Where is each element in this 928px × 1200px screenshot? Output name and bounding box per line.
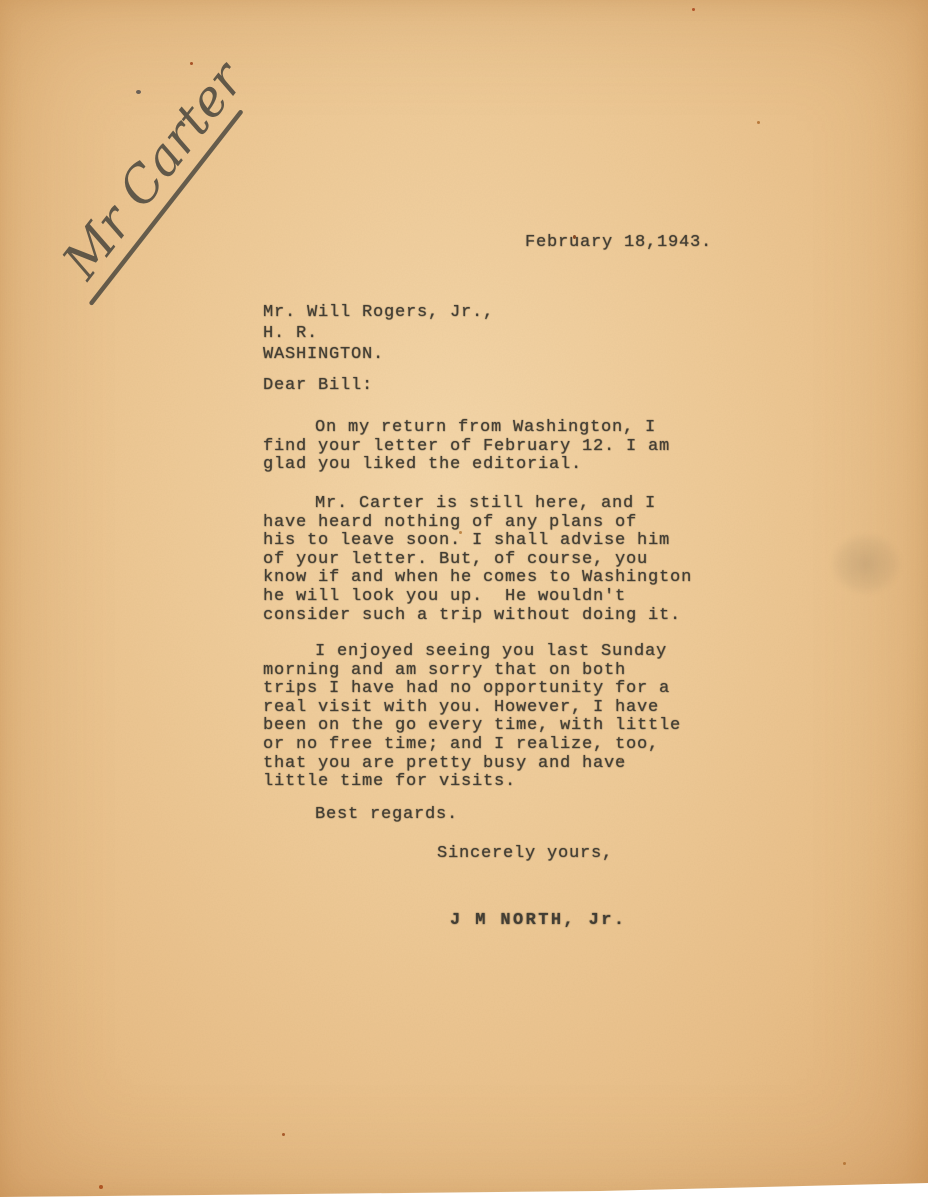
paper-speck [573, 235, 576, 239]
handwritten-annotation: Mr Carter [26, 56, 270, 308]
regards-line: Best regards. [315, 806, 458, 825]
annotation-text: Mr Carter [51, 56, 257, 290]
paper-speck [843, 1162, 846, 1165]
body-paragraph-2: Mr. Carter is still here, and I have hea… [263, 495, 733, 625]
body-paragraph-1: On my return from Washington, I find you… [263, 419, 733, 475]
date-line: February 18,1943. [525, 234, 712, 253]
signature-line: J M NORTH, Jr. [450, 912, 626, 931]
paper-speck [459, 531, 462, 534]
paper-speck [282, 1133, 285, 1136]
paper-speck [620, 758, 622, 761]
ink-smudge [818, 522, 914, 606]
salutation: Dear Bill: [263, 377, 373, 396]
paper-speck [190, 62, 193, 65]
body-paragraph-3: I enjoyed seeing you last Sunday morning… [263, 643, 733, 792]
paper-speck [757, 121, 760, 124]
letter-page: Mr Carter February 18,1943. Mr. Will Rog… [0, 0, 928, 1200]
paper-speck [99, 1185, 103, 1189]
paper-speck [692, 8, 695, 11]
recipient-address: Mr. Will Rogers, Jr., H. R. WASHINGTON. [263, 302, 494, 365]
closing-line: Sincerely yours, [437, 845, 613, 864]
paper-speck [136, 90, 141, 94]
